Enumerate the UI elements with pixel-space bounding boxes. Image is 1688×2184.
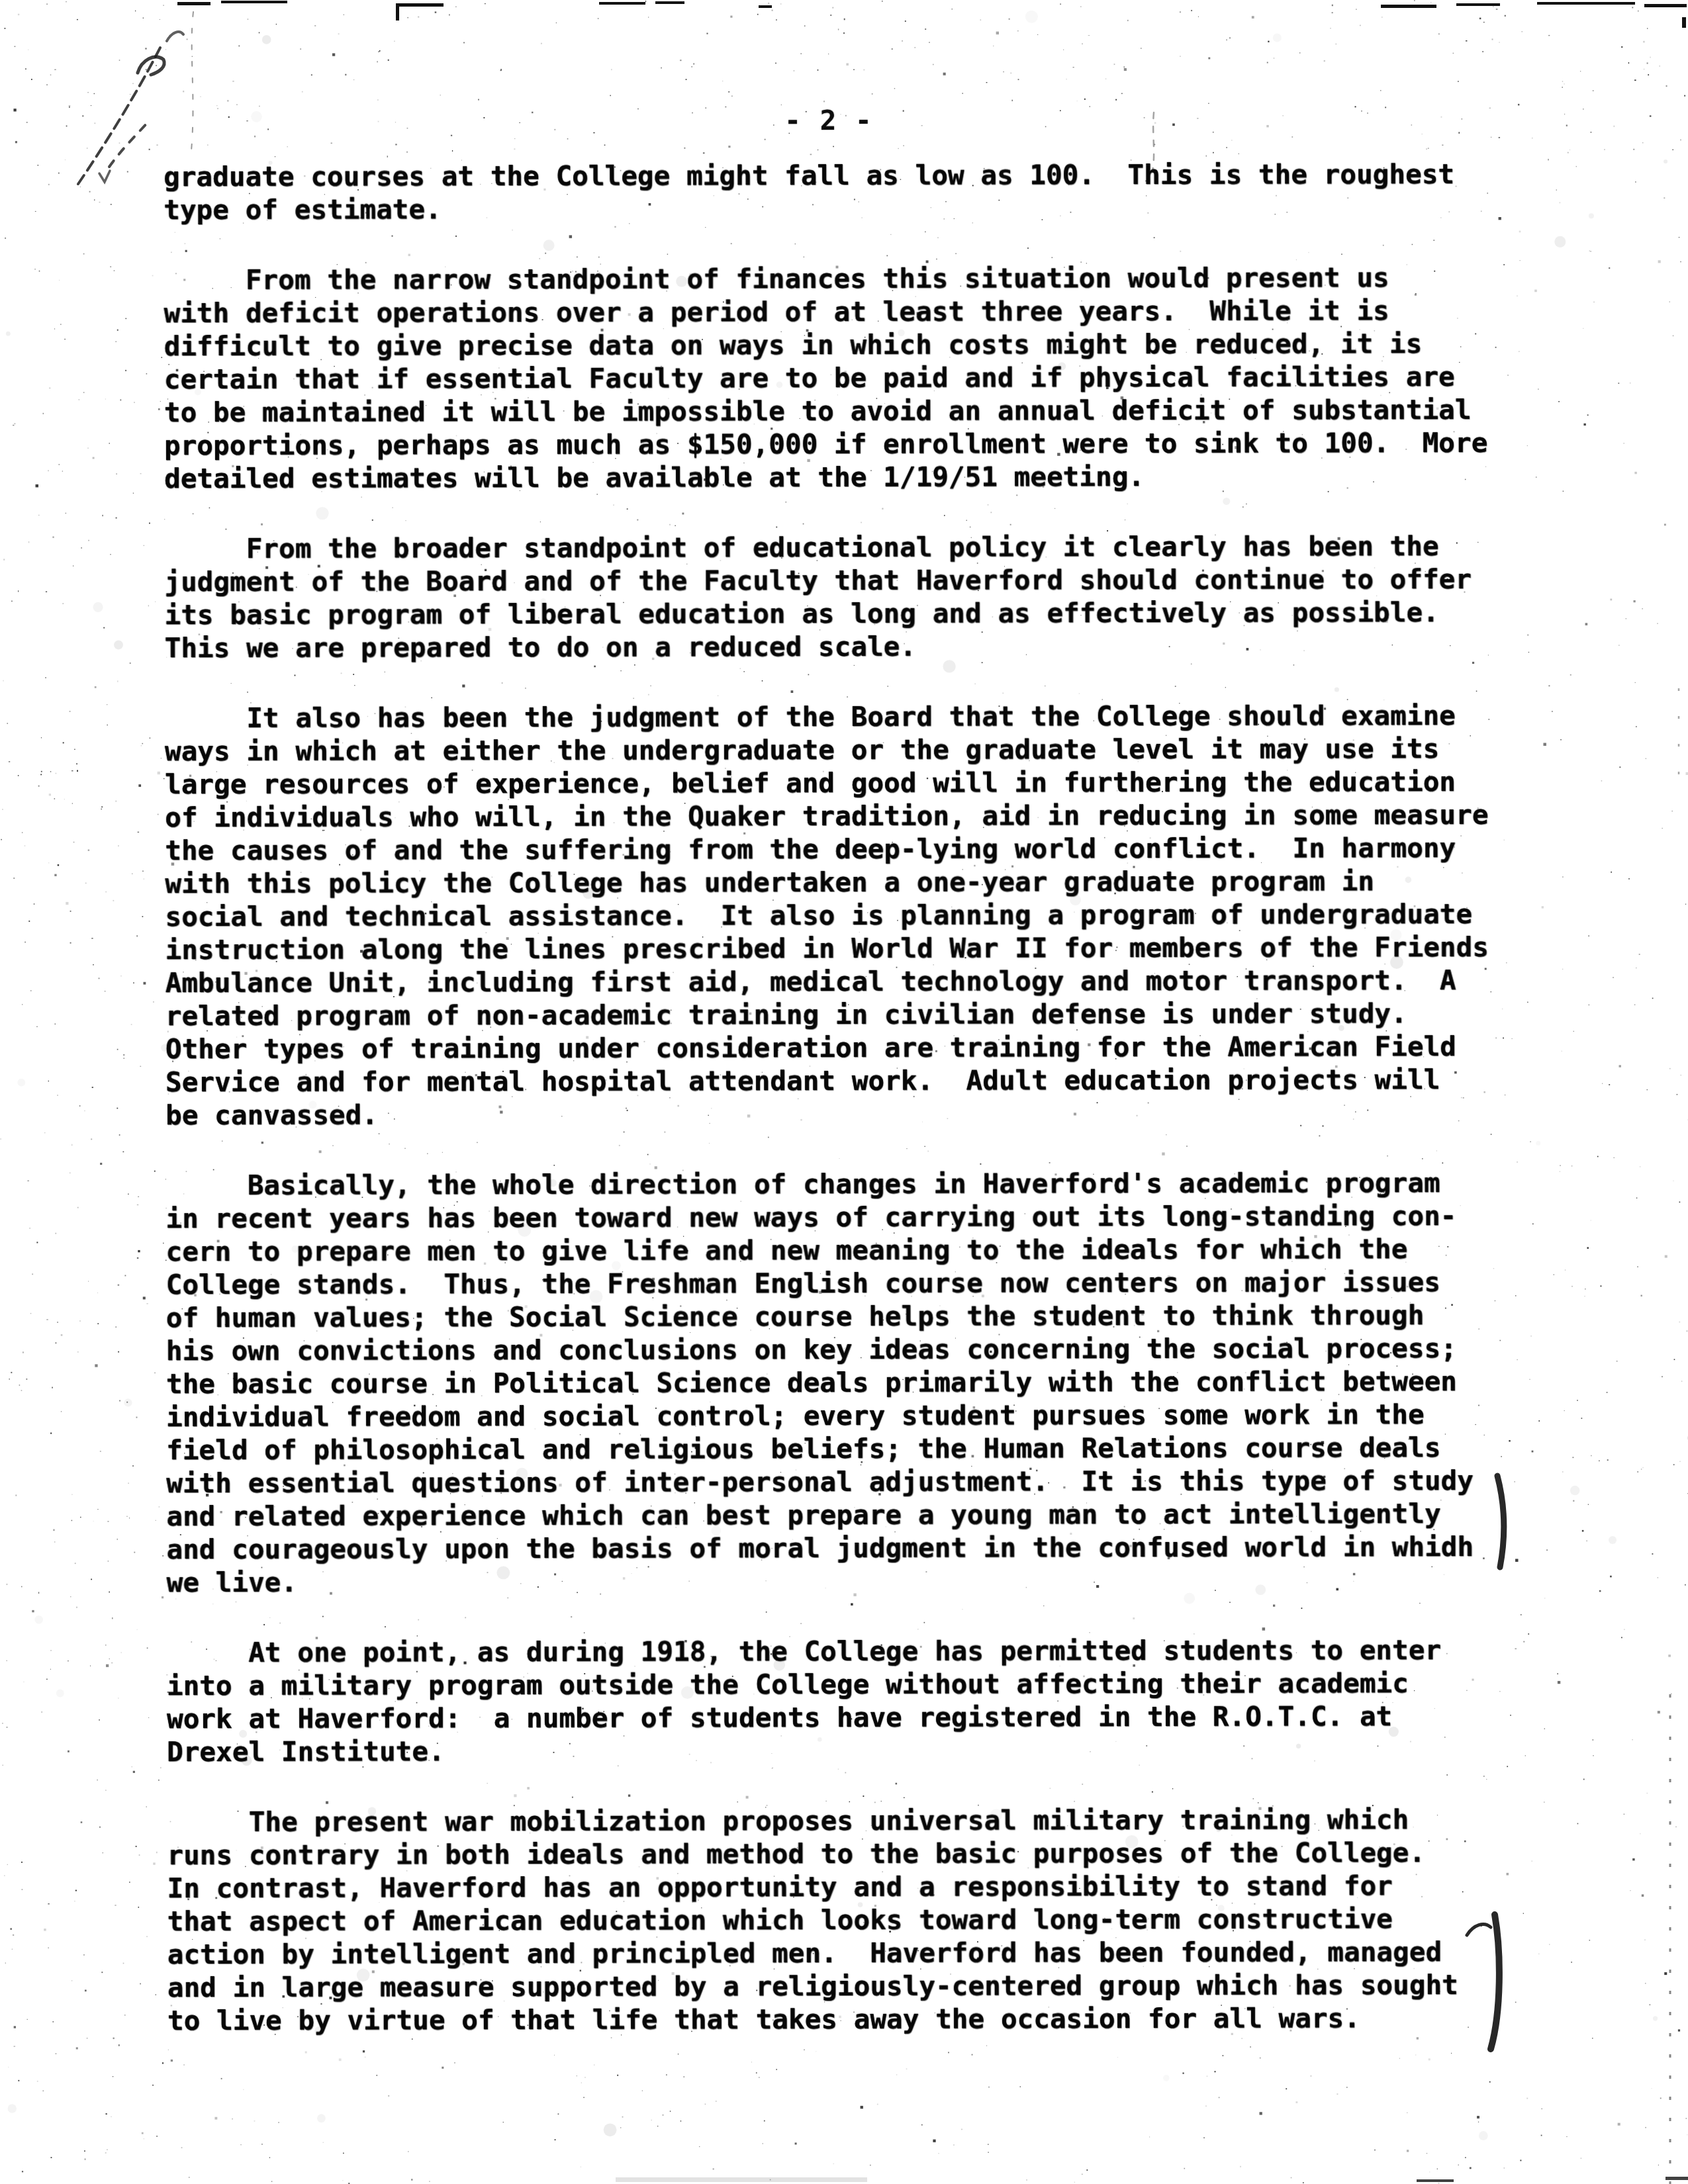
- text-line: runs contrary in both ideals and method …: [167, 1836, 1530, 1872]
- text-line: in recent years has been toward new ways…: [165, 1199, 1529, 1235]
- text-line: Drexel Institute.: [167, 1733, 1530, 1768]
- paragraph: It also has been the judgment of the Boa…: [165, 699, 1529, 1132]
- text-line: ways in which at either the undergraduat…: [165, 732, 1528, 768]
- text-line: large resources of experience, belief an…: [165, 765, 1528, 801]
- text-line: certain that if essential Faculty are to…: [164, 360, 1528, 396]
- text-line: of individuals who will, in the Quaker t…: [165, 798, 1528, 834]
- text-line: his own convictions and conclusions on k…: [166, 1332, 1530, 1367]
- document-page: - 2 - graduate courses at the College mi…: [0, 0, 1688, 2184]
- text-line: instruction along the lines prescribed i…: [165, 931, 1528, 966]
- text-line: work at Haverford: a number of students …: [167, 1700, 1530, 1735]
- text-line: individual freedom and social control; e…: [166, 1398, 1530, 1433]
- text-line: Other types of training under considerat…: [165, 1030, 1529, 1066]
- paragraph: Basically, the whole direction of change…: [165, 1166, 1530, 1599]
- text-line: be canvassed.: [165, 1096, 1529, 1132]
- text-line: Ambulance Unit, including first aid, med…: [165, 964, 1529, 999]
- text-line: of human values; the Social Science cour…: [166, 1298, 1530, 1334]
- text-line: It also has been the judgment of the Boa…: [165, 699, 1528, 735]
- text-line: Basically, the whole direction of change…: [165, 1166, 1529, 1202]
- paragraph: From the narrow standpoint of finances t…: [164, 261, 1528, 495]
- text-line: difficult to give precise data on ways i…: [164, 327, 1528, 363]
- text-line: with this policy the College has underta…: [165, 864, 1528, 900]
- text-line: From the broader standpoint of education…: [164, 529, 1528, 565]
- paragraph: The present war mobilization proposes un…: [167, 1803, 1531, 2037]
- text-line: judgment of the Board and of the Faculty…: [164, 563, 1528, 598]
- text-line: related program of non-academic training…: [165, 997, 1529, 1032]
- typewritten-content: - 2 - graduate courses at the College mi…: [0, 0, 1688, 2184]
- text-line: action by intelligent and principled men…: [167, 1935, 1531, 1971]
- text-line: field of philosophical and religious bel…: [166, 1431, 1530, 1467]
- text-line: proportions, perhaps as much as $150,000…: [164, 426, 1528, 462]
- text-line: with essential questions of inter-person…: [166, 1464, 1530, 1500]
- text-line: Service and for mental hospital attendan…: [165, 1063, 1529, 1099]
- text-line: into a military program outside the Coll…: [167, 1666, 1530, 1702]
- text-line: cern to prepare men to give life and new…: [165, 1232, 1529, 1268]
- text-line: At one point, as during 1918, the Colleg…: [167, 1633, 1530, 1669]
- text-line: In contrast, Haverford has an opportunit…: [167, 1869, 1530, 1905]
- text-line: we live.: [166, 1563, 1530, 1599]
- text-line: and courageously upon the basis of moral…: [166, 1530, 1530, 1566]
- text-line: graduate courses at the College might fa…: [164, 158, 1527, 193]
- text-line: the basic course in Political Science de…: [166, 1365, 1530, 1400]
- text-line: its basic program of liberal education a…: [164, 596, 1528, 631]
- paragraph: graduate courses at the College might fa…: [164, 158, 1527, 226]
- text-line: detailed estimates will be available at …: [164, 459, 1528, 495]
- text-line: College stands. Thus, the Freshman Engli…: [166, 1265, 1530, 1301]
- text-line: social and technical assistance. It also…: [165, 897, 1528, 933]
- page-number: - 2 -: [0, 103, 1660, 138]
- text-line: to be maintained it will be impossible t…: [164, 393, 1528, 429]
- text-line: to live by virtue of that life that take…: [167, 2001, 1531, 2037]
- text-line: with deficit operations over a period of…: [164, 294, 1527, 330]
- text-line: The present war mobilization proposes un…: [167, 1803, 1530, 1839]
- paragraph: From the broader standpoint of education…: [164, 529, 1528, 664]
- text-line: This we are prepared to do on a reduced …: [165, 629, 1528, 664]
- text-line: and related experience which can best pr…: [166, 1497, 1530, 1533]
- paragraph: At one point, as during 1918, the Colleg…: [167, 1633, 1530, 1768]
- document-body: graduate courses at the College might fa…: [164, 158, 1531, 2037]
- text-line: From the narrow standpoint of finances t…: [164, 261, 1527, 296]
- text-line: and in large measure supported by a reli…: [167, 1968, 1531, 2004]
- text-line: the causes of and the suffering from the…: [165, 831, 1528, 867]
- text-line: that aspect of American education which …: [167, 1902, 1531, 1938]
- text-line: type of estimate.: [164, 191, 1527, 226]
